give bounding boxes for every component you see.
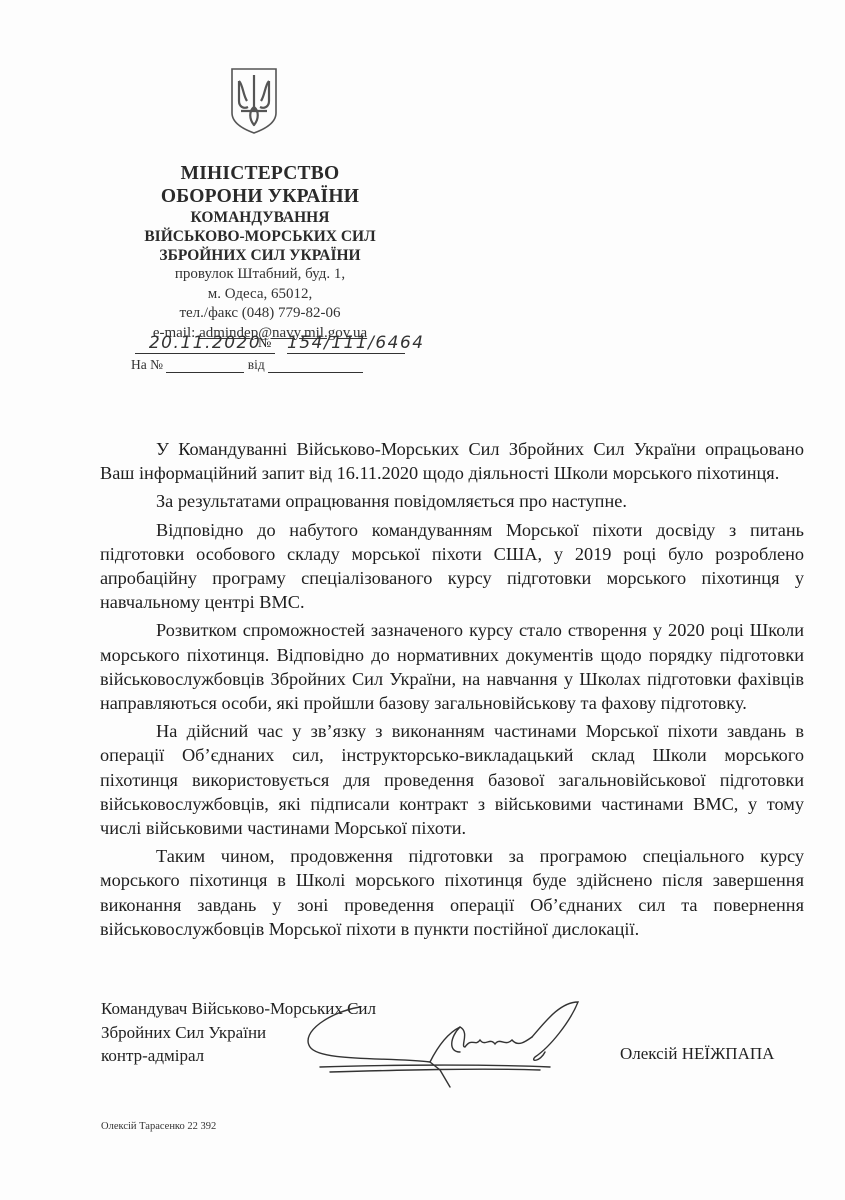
registration-date: 20.11.2020 — [135, 333, 275, 354]
trident-coat-of-arms-icon — [229, 67, 279, 135]
body-paragraph-5: На дійсний час у зв’язку з виконанням ча… — [100, 719, 804, 840]
phone-line: тел./факс (048) 779-82-06 — [100, 304, 420, 324]
reference-label: На № — [131, 357, 163, 372]
ministry-line-2: ОБОРОНИ УКРАЇНИ — [100, 185, 420, 208]
executor-note: Олексій Тарасенко 22 392 — [101, 1121, 216, 1132]
ministry-line-1: МІНІСТЕРСТВО — [100, 162, 420, 185]
body-paragraph-3: Відповідно до набутого командуванням Мор… — [100, 518, 804, 615]
registration-number: 154/111/6464 — [287, 333, 405, 354]
address-line-1: провулок Штабний, буд. 1, — [100, 265, 420, 285]
body-paragraph-6: Таким чином, продовження підготовки за п… — [100, 844, 804, 941]
address-line-2: м. Одеса, 65012, — [100, 285, 420, 305]
body-paragraph-4: Розвитком спроможностей зазначеного курс… — [100, 618, 804, 715]
reference-date-blank — [268, 358, 363, 373]
letter-page: МІНІСТЕРСТВО ОБОРОНИ УКРАЇНИ КОМАНДУВАНН… — [0, 0, 845, 1200]
signatory-name: Олексій НЕЇЖПАПА — [620, 1044, 774, 1064]
command-line-2: ВІЙСЬКОВО-МОРСЬКИХ СИЛ — [100, 227, 420, 246]
handwritten-signature-icon — [300, 992, 600, 1092]
command-line-1: КОМАНДУВАННЯ — [100, 208, 420, 227]
reference-from-label: від — [248, 357, 265, 372]
body-paragraph-1: У Командуванні Військово-Морських Сил Зб… — [100, 437, 804, 485]
ministry-header: МІНІСТЕРСТВО ОБОРОНИ УКРАЇНИ КОМАНДУВАНН… — [100, 162, 420, 343]
letter-body: У Командуванні Військово-Морських Сил Зб… — [100, 437, 804, 941]
reference-line: На № від — [131, 357, 391, 377]
command-line-3: ЗБРОЙНИХ СИЛ УКРАЇНИ — [100, 246, 420, 265]
reference-number-blank — [166, 358, 244, 373]
body-paragraph-2: За результатами опрацювання повідомляєть… — [100, 489, 804, 513]
registration-number-label: № — [258, 336, 271, 352]
registration-line: 20.11.2020 № 154/111/6464 — [135, 333, 395, 355]
